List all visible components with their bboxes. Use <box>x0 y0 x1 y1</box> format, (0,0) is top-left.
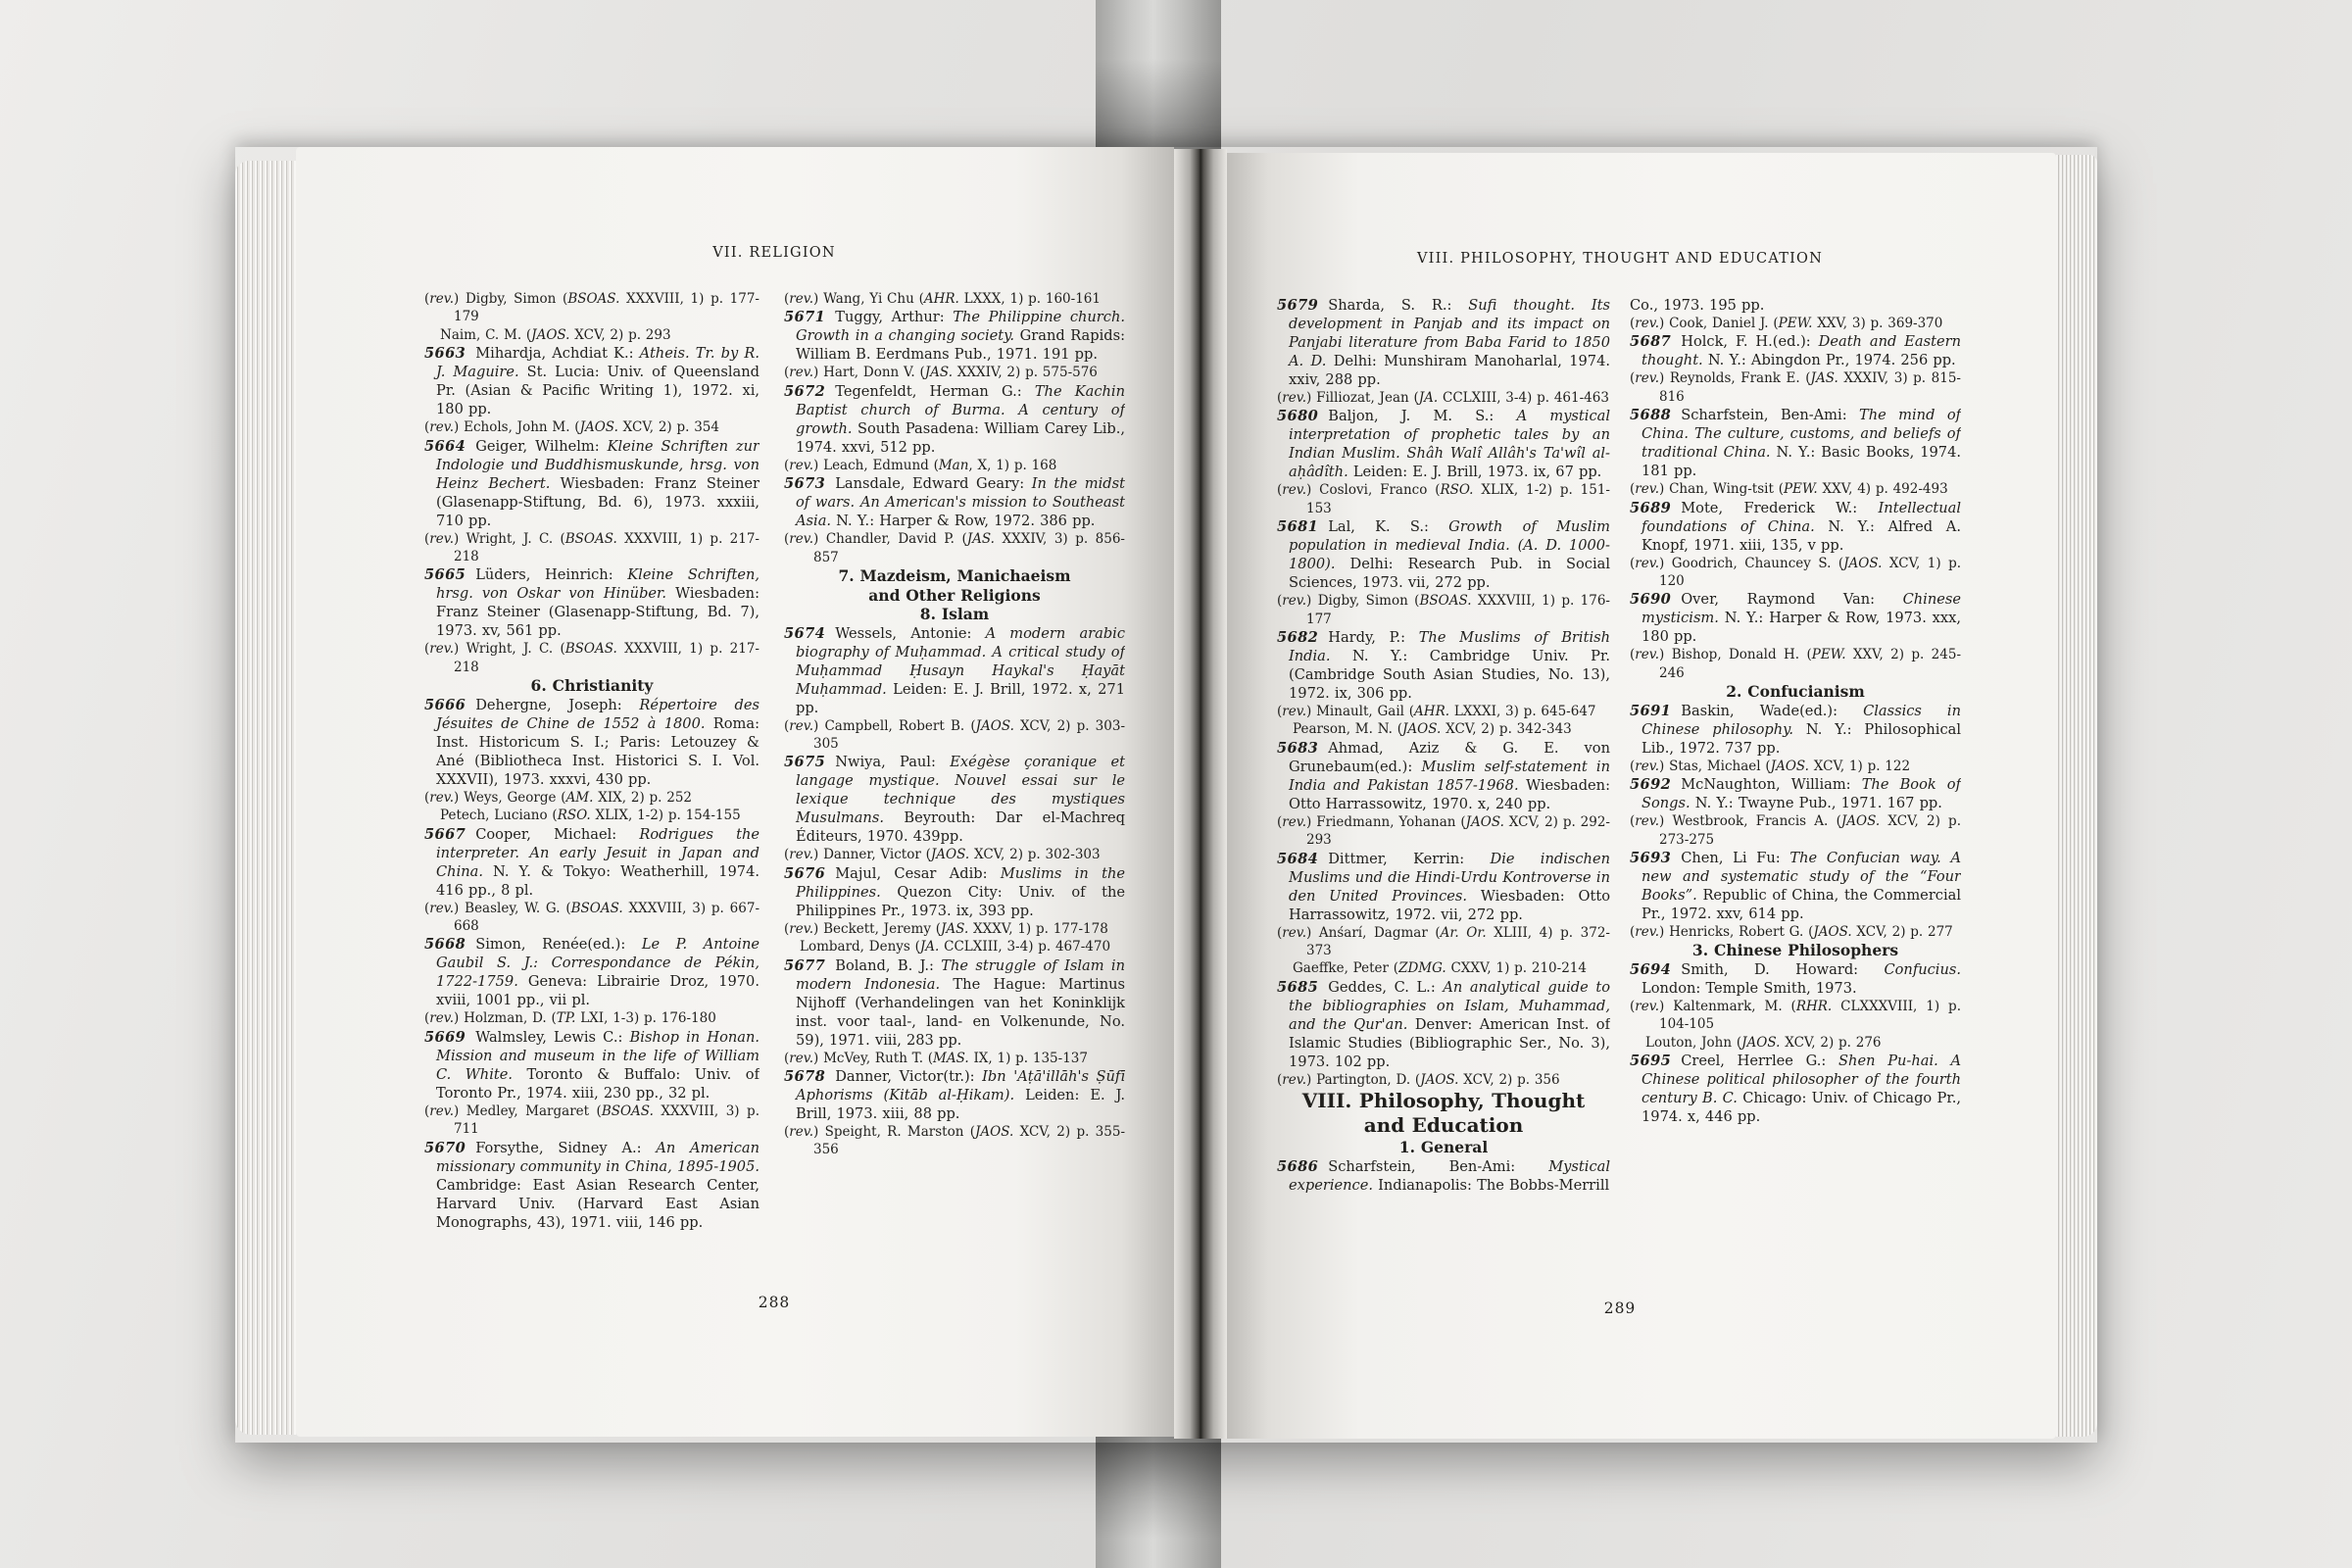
bib-entry: 5693Chen, Li Fu: The Confucian way. A ne… <box>1630 849 1961 923</box>
page-edges-left <box>235 161 296 1435</box>
bib-entry: 5685Geddes, C. L.: An analytical guide t… <box>1277 978 1610 1071</box>
bib-entry-continuation: Co., 1973. 195 pp. <box>1630 296 1961 315</box>
running-head-left: VII. RELIGION <box>423 245 1125 261</box>
entry-number: 5693 <box>1630 850 1671 866</box>
review-citation: (rev.) Chan, Wing-tsit (PEW. XXV, 4) p. … <box>1630 480 1961 498</box>
photo-backdrop: VII. RELIGION (rev.) Digby, Simon (BSOAS… <box>0 0 2352 1568</box>
bib-entry: 5687Holck, F. H.(ed.): Death and Eastern… <box>1630 332 1961 369</box>
bib-entry: 5691Baskin, Wade(ed.): Classics in Chine… <box>1630 702 1961 758</box>
review-citation: (rev.) Leach, Edmund (Man, X, 1) p. 168 <box>784 457 1125 474</box>
bib-entry: 5681Lal, K. S.: Growth of Muslim populat… <box>1277 517 1610 592</box>
review-citation: (rev.) Friedmann, Yohanan (JAOS. XCV, 2)… <box>1277 813 1610 850</box>
review-citation: (rev.) Echols, John M. (JAOS. XCV, 2) p.… <box>424 418 759 436</box>
entry-number: 5687 <box>1630 333 1671 350</box>
bib-entry: 5669Walmsley, Lewis C.: Bishop in Honan.… <box>424 1028 759 1102</box>
entry-number: 5679 <box>1277 297 1318 314</box>
review-citation: (rev.) Speight, R. Marston (JAOS. XCV, 2… <box>784 1123 1125 1159</box>
review-citation: (rev.) Bishop, Donald H. (PEW. XXV, 2) p… <box>1630 646 1961 682</box>
bib-entry: 5679Sharda, S. R.: Sufi thought. Its dev… <box>1277 296 1610 389</box>
entry-number: 5691 <box>1630 703 1671 719</box>
review-citation-secondary: Naim, C. M. (JAOS. XCV, 2) p. 293 <box>424 326 759 344</box>
entry-number: 5667 <box>424 826 465 843</box>
section-heading: 8. Islam <box>784 605 1125 624</box>
bib-entry: 5692McNaughton, William: The Book of Son… <box>1630 775 1961 812</box>
review-citation: (rev.) Anśarí, Dagmar (Ar. Or. XLIII, 4)… <box>1277 924 1610 960</box>
review-citation: (rev.) Campbell, Robert B. (JAOS. XCV, 2… <box>784 717 1125 754</box>
bib-entry: 5670Forsythe, Sidney A.: An American mis… <box>424 1139 759 1232</box>
review-citation: (rev.) Danner, Victor (JAOS. XCV, 2) p. … <box>784 846 1125 863</box>
section-heading: 1. General <box>1277 1138 1610 1157</box>
review-citation: (rev.) Goodrich, Chauncey S. (JAOS. XCV,… <box>1630 555 1961 591</box>
bib-entry: 5695Creel, Herrlee G.: Shen Pu-hai. A Ch… <box>1630 1052 1961 1126</box>
entry-number: 5663 <box>424 345 465 362</box>
review-citation: (rev.) Beasley, W. G. (BSOAS. XXXVIII, 3… <box>424 900 759 936</box>
bib-entry: 5684Dittmer, Kerrin: Die indischen Musli… <box>1277 850 1610 924</box>
bib-entry: 5664Geiger, Wilhelm: Kleine Schriften zu… <box>424 437 759 530</box>
page-number-left: 288 <box>423 1294 1125 1311</box>
book-gutter <box>1174 149 1227 1439</box>
entry-number: 5688 <box>1630 407 1671 423</box>
bib-entry: 5678Danner, Victor(tr.): Ibn 'Aṭā'illāh'… <box>784 1067 1125 1123</box>
review-citation-secondary: Petech, Luciano (RSO. XLIX, 1-2) p. 154-… <box>424 807 759 824</box>
review-citation: (rev.) Medley, Margaret (BSOAS. XXXVIII,… <box>424 1102 759 1139</box>
entry-number: 5665 <box>424 566 465 583</box>
bib-entry: 5682Hardy, P.: The Muslims of British In… <box>1277 628 1610 703</box>
entry-number: 5690 <box>1630 591 1671 608</box>
review-citation-secondary: Lombard, Denys (JA. CCLXIII, 3-4) p. 467… <box>784 938 1125 955</box>
review-citation-secondary: Pearson, M. N. (JAOS. XCV, 2) p. 342-343 <box>1277 720 1610 738</box>
entry-number: 5676 <box>784 865 825 882</box>
bib-entry: 5683Ahmad, Aziz & G. E. von Grunebaum(ed… <box>1277 739 1610 813</box>
review-citation: (rev.) Wright, J. C. (BSOAS. XXXVIII, 1)… <box>424 530 759 566</box>
review-citation: (rev.) Partington, D. (JAOS. XCV, 2) p. … <box>1277 1071 1610 1089</box>
bib-entry: 5673Lansdale, Edward Geary: In the midst… <box>784 474 1125 530</box>
entry-number: 5670 <box>424 1140 465 1156</box>
entry-number: 5669 <box>424 1029 465 1046</box>
entry-number: 5680 <box>1277 408 1318 424</box>
bib-entry: 5690Over, Raymond Van: Chinese mysticism… <box>1630 590 1961 646</box>
entry-number: 5681 <box>1277 518 1318 535</box>
entry-number: 5675 <box>784 754 825 770</box>
bib-entry: 5680Baljon, J. M. S.: A mystical interpr… <box>1277 407 1610 481</box>
entry-number: 5673 <box>784 475 825 492</box>
review-citation: (rev.) McVey, Ruth T. (MAS. IX, 1) p. 13… <box>784 1050 1125 1067</box>
section-heading: 7. Mazdeism, Manichaeismand Other Religi… <box>784 566 1125 605</box>
review-citation: (rev.) Wang, Yi Chu (AHR. LXXX, 1) p. 16… <box>784 290 1125 308</box>
review-citation: (rev.) Reynolds, Frank E. (JAS. XXXIV, 3… <box>1630 369 1961 406</box>
review-citation: (rev.) Kaltenmark, M. (RHR. CLXXXVIII, 1… <box>1630 998 1961 1034</box>
entry-number: 5685 <box>1277 979 1318 996</box>
review-citation-secondary: Louton, John (JAOS. XCV, 2) p. 276 <box>1630 1034 1961 1052</box>
review-citation-secondary: Gaeffke, Peter (ZDMG. CXXV, 1) p. 210-21… <box>1277 959 1610 977</box>
right-page: VIII. PHILOSOPHY, THOUGHT AND EDUCATION … <box>1227 153 2056 1439</box>
review-citation: (rev.) Stas, Michael (JAOS. XCV, 1) p. 1… <box>1630 758 1961 775</box>
left-page-column-1: (rev.) Digby, Simon (BSOAS. XXXVIII, 1) … <box>424 290 759 1315</box>
entry-number: 5674 <box>784 625 825 642</box>
chapter-heading: VIII. Philosophy, Thoughtand Education <box>1277 1089 1610 1138</box>
left-page-column-2: (rev.) Wang, Yi Chu (AHR. LXXX, 1) p. 16… <box>784 290 1125 1315</box>
review-citation: (rev.) Minault, Gail (AHR. LXXXI, 3) p. … <box>1277 703 1610 720</box>
bib-entry: 5671Tuggy, Arthur: The Philippine church… <box>784 308 1125 364</box>
left-page: VII. RELIGION (rev.) Digby, Simon (BSOAS… <box>296 147 1174 1437</box>
entry-number: 5694 <box>1630 961 1671 978</box>
entry-number: 5692 <box>1630 776 1671 793</box>
review-citation: (rev.) Weys, George (AM. XIX, 2) p. 252 <box>424 789 759 807</box>
review-citation: (rev.) Holzman, D. (TP. LXI, 1-3) p. 176… <box>424 1009 759 1027</box>
entry-number: 5666 <box>424 697 465 713</box>
review-citation: (rev.) Hart, Donn V. (JAS. XXXIV, 2) p. … <box>784 364 1125 381</box>
bib-entry: 5672Tegenfeldt, Herman G.: The Kachin Ba… <box>784 382 1125 457</box>
bib-entry: 5694Smith, D. Howard: Confucius. London:… <box>1630 960 1961 998</box>
entry-number: 5686 <box>1277 1158 1318 1175</box>
open-book: VII. RELIGION (rev.) Digby, Simon (BSOAS… <box>235 147 2097 1443</box>
review-citation: (rev.) Henricks, Robert G. (JAOS. XCV, 2… <box>1630 923 1961 941</box>
review-citation: (rev.) Wright, J. C. (BSOAS. XXXVIII, 1)… <box>424 640 759 676</box>
review-citation: (rev.) Digby, Simon (BSOAS. XXXVIII, 1) … <box>424 290 759 326</box>
section-heading: 6. Christianity <box>424 676 759 696</box>
right-page-column-1: 5679Sharda, S. R.: Sufi thought. Its dev… <box>1277 296 1610 1321</box>
right-page-column-2: Co., 1973. 195 pp.(rev.) Cook, Daniel J.… <box>1630 296 1961 1321</box>
bib-entry: 5663Mihardja, Achdiat K.: Atheis. Tr. by… <box>424 344 759 418</box>
bib-entry: 5668Simon, Renée(ed.): Le P. Antoine Gau… <box>424 935 759 1009</box>
bib-entry: 5686Scharfstein, Ben-Ami: Mystical exper… <box>1277 1157 1610 1195</box>
entry-number: 5672 <box>784 383 825 400</box>
entry-number: 5683 <box>1277 740 1318 757</box>
bib-entry: 5688Scharfstein, Ben-Ami: The mind of Ch… <box>1630 406 1961 480</box>
review-citation: (rev.) Digby, Simon (BSOAS. XXXVIII, 1) … <box>1277 592 1610 628</box>
entry-number: 5671 <box>784 309 825 325</box>
entry-number: 5684 <box>1277 851 1318 867</box>
bib-entry: 5677Boland, B. J.: The struggle of Islam… <box>784 956 1125 1050</box>
section-heading: 2. Confucianism <box>1630 682 1961 702</box>
review-citation: (rev.) Cook, Daniel J. (PEW. XXV, 3) p. … <box>1630 315 1961 332</box>
entry-number: 5678 <box>784 1068 825 1085</box>
bib-entry: 5666Dehergne, Joseph: Répertoire des Jés… <box>424 696 759 789</box>
entry-number: 5668 <box>424 936 465 953</box>
bib-entry: 5675Nwiya, Paul: Exégèse çoranique et la… <box>784 753 1125 846</box>
review-citation: (rev.) Beckett, Jeremy (JAS. XXXV, 1) p.… <box>784 920 1125 938</box>
bib-entry: 5689Mote, Frederick W.: Intellectual fou… <box>1630 499 1961 555</box>
bib-entry: 5676Majul, Cesar Adib: Muslims in the Ph… <box>784 864 1125 920</box>
entry-number: 5677 <box>784 957 825 974</box>
review-citation: (rev.) Filliozat, Jean (JA. CCLXIII, 3-4… <box>1277 389 1610 407</box>
review-citation: (rev.) Coslovi, Franco (RSO. XLIX, 1-2) … <box>1277 481 1610 517</box>
bib-entry: 5674Wessels, Antonie: A modern arabic bi… <box>784 624 1125 717</box>
section-heading: 3. Chinese Philosophers <box>1630 941 1961 960</box>
entry-number: 5664 <box>424 438 465 455</box>
bib-entry: 5667Cooper, Michael: Rodrigues the inter… <box>424 825 759 900</box>
running-head-right: VIII. PHILOSOPHY, THOUGHT AND EDUCATION <box>1277 251 1963 267</box>
entry-number: 5695 <box>1630 1053 1671 1069</box>
page-edges-right <box>2056 155 2097 1437</box>
entry-number: 5689 <box>1630 500 1671 516</box>
bib-entry: 5665Lüders, Heinrich: Kleine Schriften, … <box>424 565 759 640</box>
entry-number: 5682 <box>1277 629 1318 646</box>
review-citation: (rev.) Westbrook, Francis A. (JAOS. XCV,… <box>1630 812 1961 849</box>
page-number-right: 289 <box>1277 1299 1963 1317</box>
review-citation: (rev.) Chandler, David P. (JAS. XXXIV, 3… <box>784 530 1125 566</box>
